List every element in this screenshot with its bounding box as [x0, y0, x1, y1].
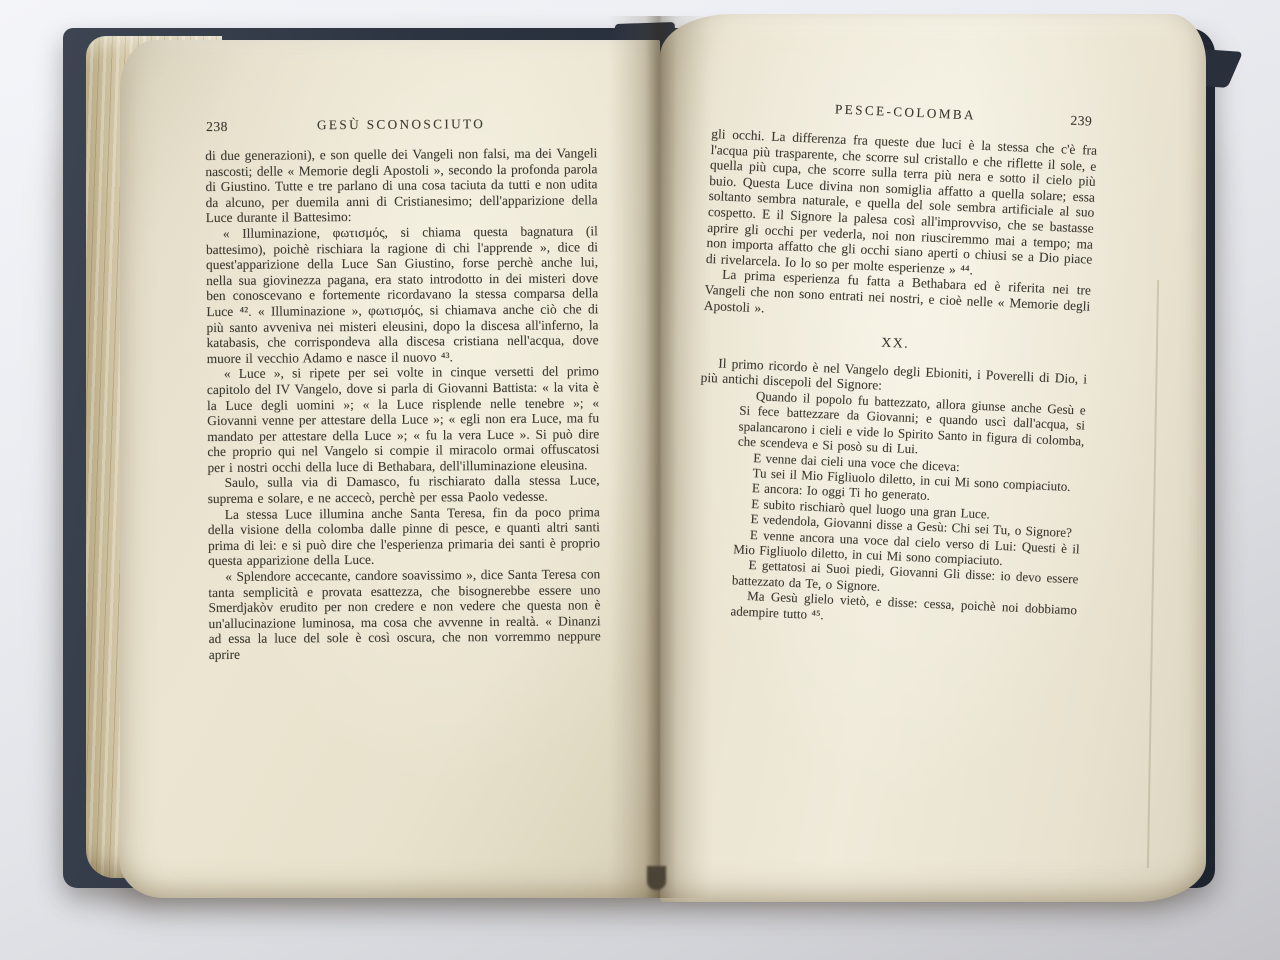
- left-running-title: GESÙ SCONOSCIUTO: [205, 115, 597, 133]
- paragraph: Saulo, sulla via di Damasco, fu rischiar…: [207, 473, 599, 507]
- paragraph: gli occhi. La differenza fra queste due …: [706, 126, 1098, 283]
- right-page-number: 239: [1070, 113, 1093, 130]
- gospel-quote-block: Quando il popolo fu battezzato, allora g…: [730, 387, 1086, 633]
- section-heading: XX.: [702, 327, 1088, 359]
- paragraph: « Splendore accecante, candore soavissim…: [208, 566, 601, 662]
- left-page-text: 238 GESÙ SCONOSCIUTO di due generazioni)…: [205, 115, 601, 662]
- paragraph: « Luce », si ripete per sei volte in cin…: [207, 364, 600, 476]
- paragraph: La stessa Luce illumina anche Santa Tere…: [208, 504, 600, 569]
- left-page-number: 238: [206, 119, 228, 135]
- gutter-notch: [647, 866, 666, 890]
- book-photo: 238 GESÙ SCONOSCIUTO di due generazioni)…: [0, 0, 1280, 960]
- paragraph: di due generazioni), e son quelle dei Va…: [205, 145, 598, 226]
- left-running-header: 238 GESÙ SCONOSCIUTO: [205, 115, 597, 135]
- right-page-text: PESCE-COLOMBA 239 gli occhi. La differen…: [690, 96, 1098, 633]
- paragraph: « Illuminazione, φωτισμός, si chiama que…: [206, 223, 599, 366]
